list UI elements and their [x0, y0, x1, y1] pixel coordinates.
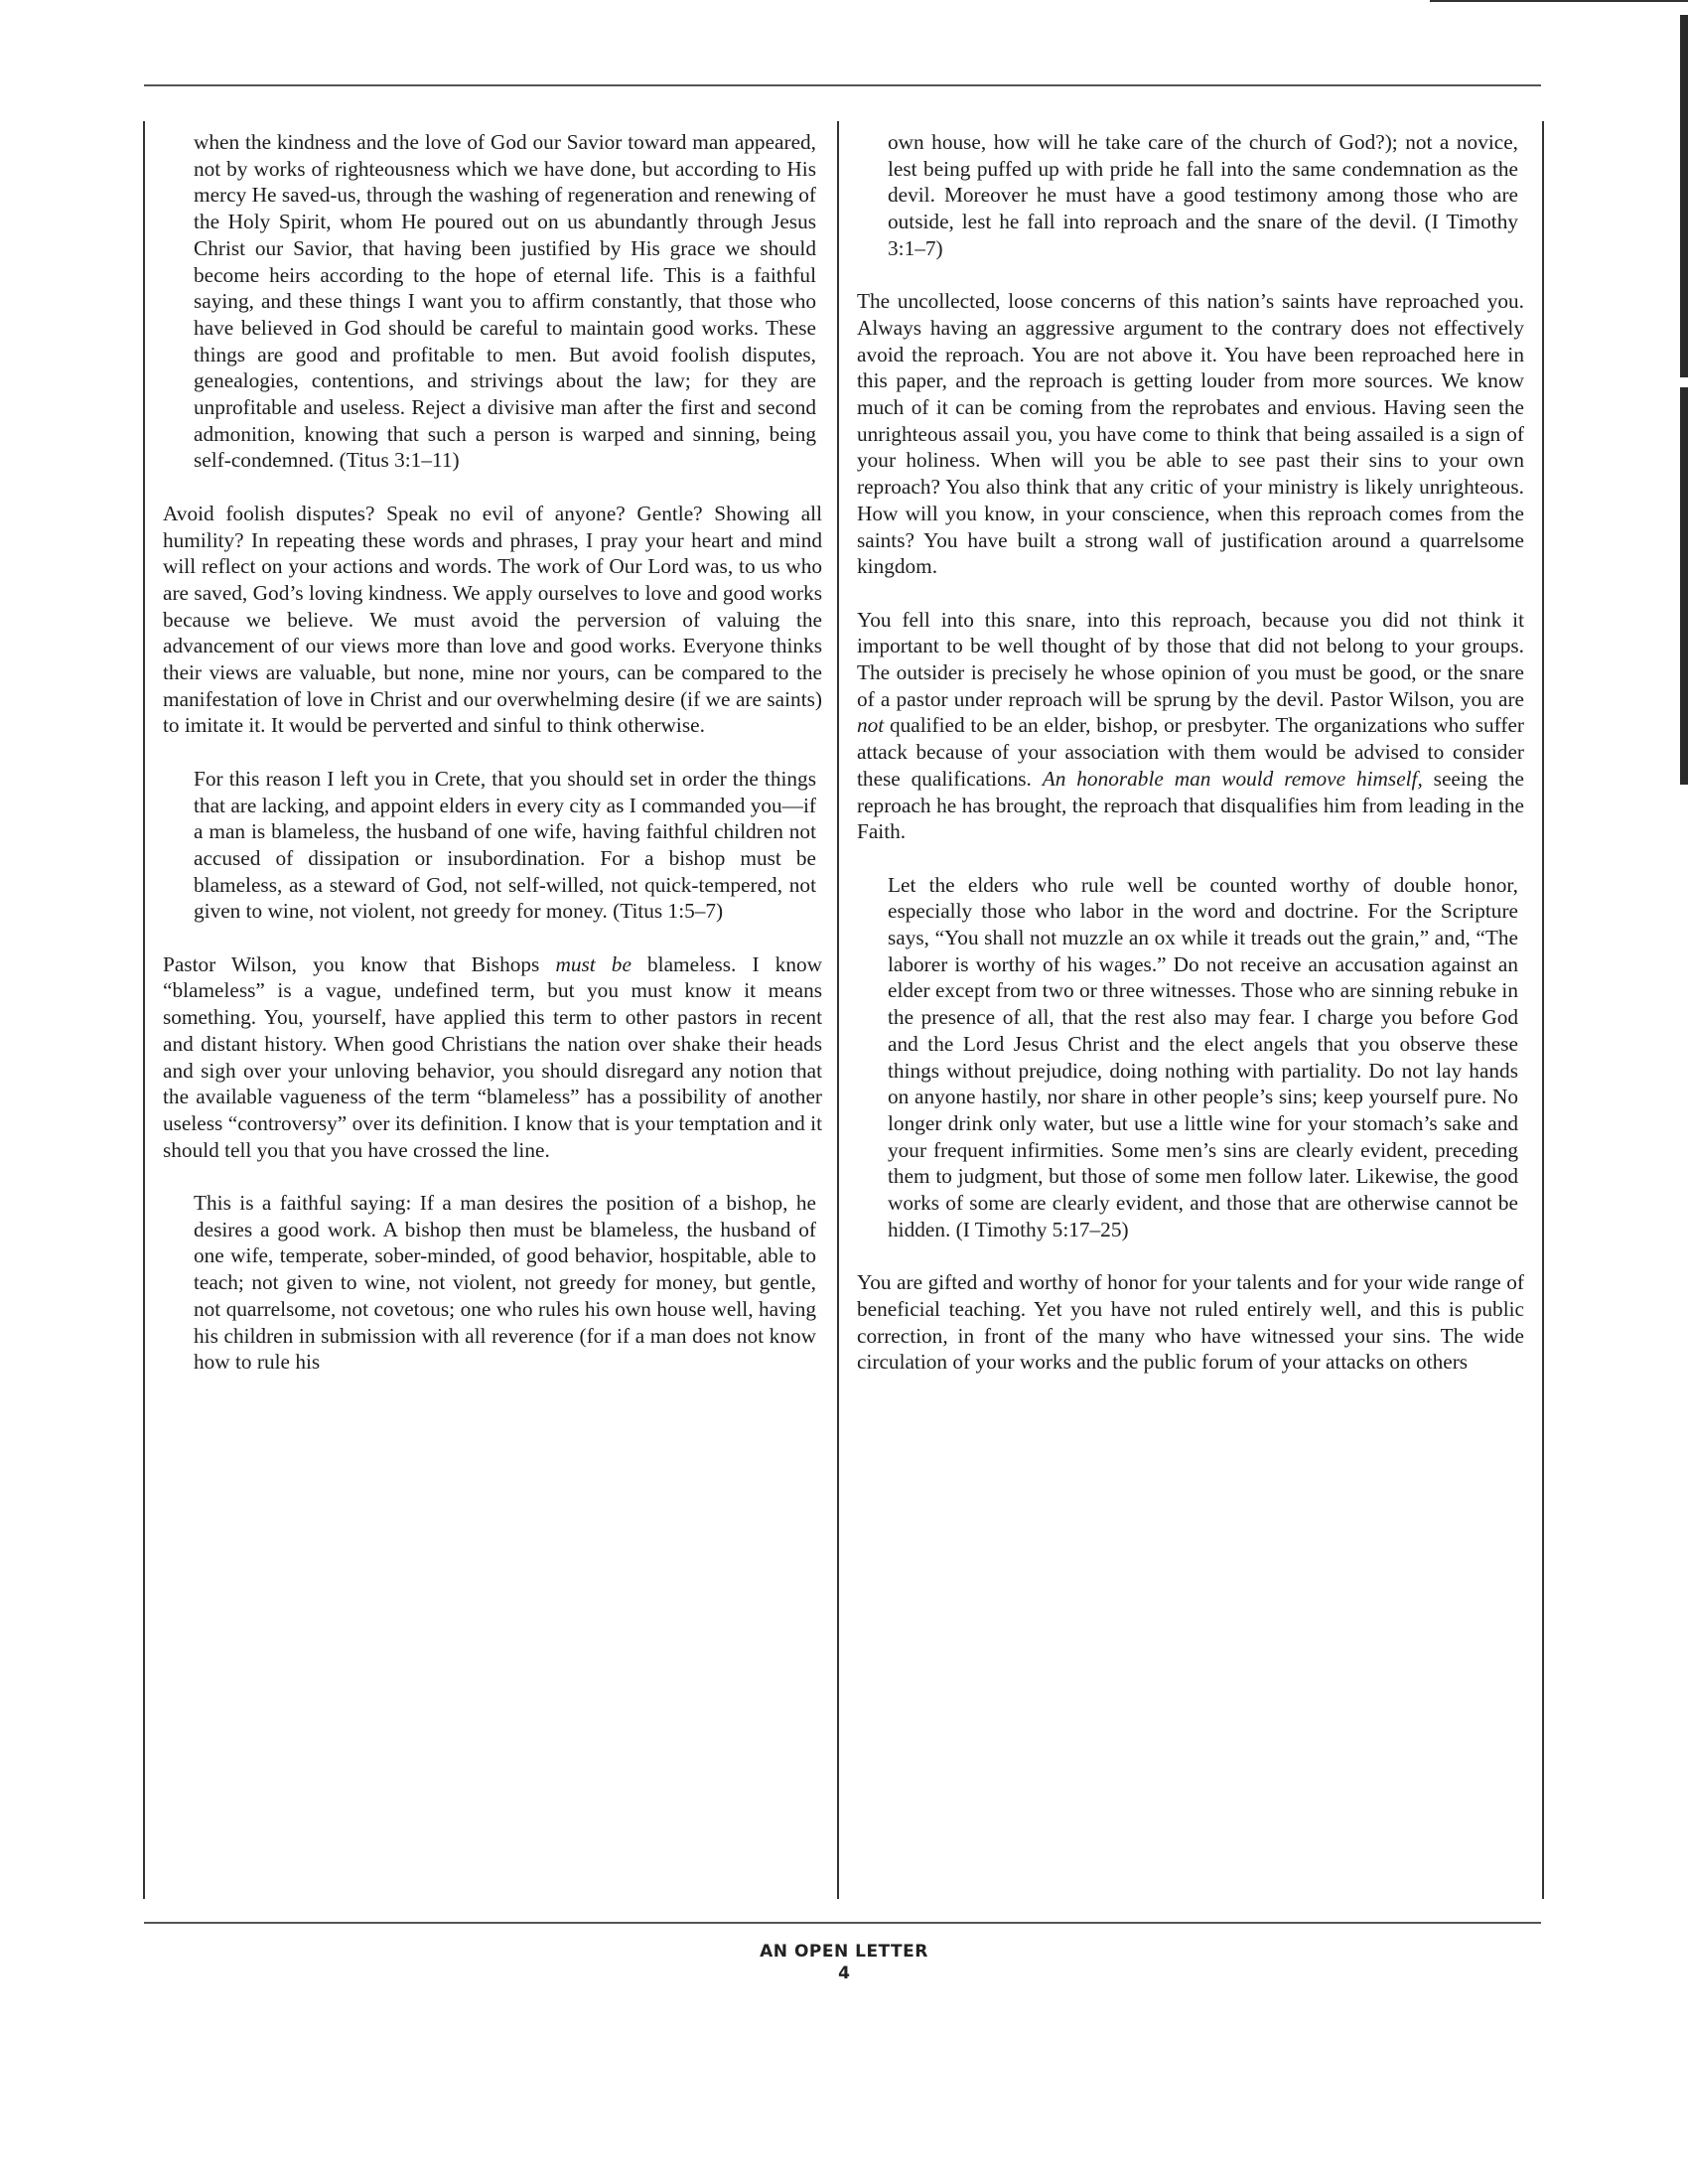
footer-rule — [144, 1922, 1541, 1924]
scan-edge-bar — [1680, 15, 1688, 377]
left-column: when the kindness and the love of God ou… — [143, 121, 830, 1899]
body-paragraph: Pastor Wilson, you know that Bishops mus… — [163, 951, 822, 1164]
right-column-text: own house, how will he take care of the … — [857, 129, 1524, 1376]
page-footer: AN OPEN LETTER 4 — [0, 1942, 1688, 1983]
scripture-quote-1-timothy-5: Let the elders who rule well be counted … — [888, 872, 1518, 1243]
footer-title: AN OPEN LETTER — [0, 1942, 1688, 1962]
body-paragraph: The uncollected, loose concerns of this … — [857, 288, 1524, 580]
left-column-text: when the kindness and the love of God ou… — [163, 129, 822, 1376]
scripture-quote-1-timothy-3-cont: own house, how will he take care of the … — [888, 129, 1518, 262]
emphasis-text: must be — [555, 952, 631, 976]
scripture-quote-titus-3: when the kindness and the love of God ou… — [194, 129, 816, 474]
body-paragraph: You are gifted and worthy of honor for y… — [857, 1269, 1524, 1376]
page-number: 4 — [0, 1964, 1688, 1983]
emphasis-text: An honorable man would remove himself, — [1043, 767, 1423, 791]
right-column: own house, how will he take care of the … — [837, 121, 1544, 1899]
emphasis-text: not — [857, 713, 884, 737]
scan-edge-rule — [1430, 0, 1688, 2]
header-rule — [144, 84, 1541, 86]
body-paragraph: You fell into this snare, into this repr… — [857, 607, 1524, 845]
scan-edge-bar — [1680, 387, 1688, 785]
scripture-quote-1-timothy-3: This is a faithful saying: If a man desi… — [194, 1190, 816, 1376]
body-paragraph: Avoid foolish disputes? Speak no evil of… — [163, 501, 822, 739]
scripture-quote-titus-1: For this reason I left you in Crete, tha… — [194, 766, 816, 925]
